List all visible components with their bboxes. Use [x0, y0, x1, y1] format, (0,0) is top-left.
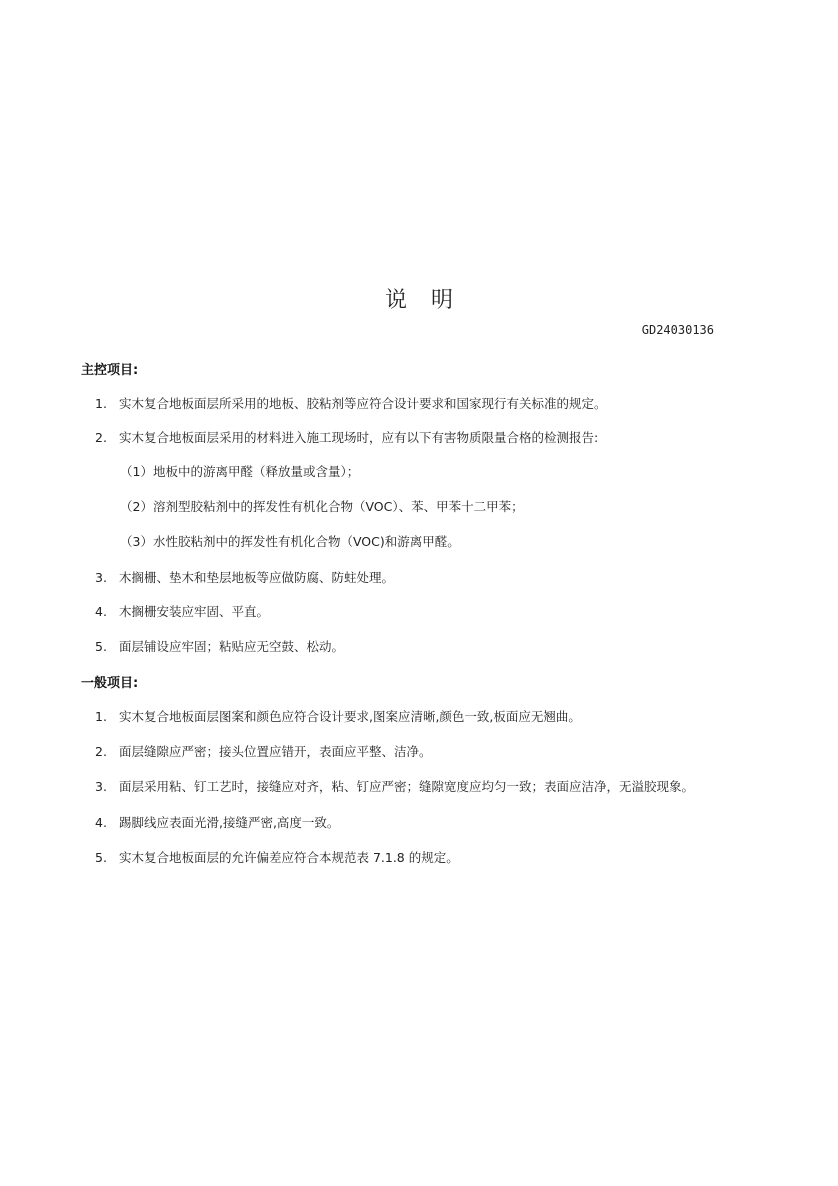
sub-list-item: （1）地板中的游离甲醛（释放量或含量）； — [120, 462, 359, 480]
document-page: 说明 GD24030136 主控项目: 1. 实木复合地板面层所采用的地板、胶粘… — [0, 0, 838, 1186]
item-text: 实木复合地板面层采用的材料进入施工现场时，应有以下有害物质限量合格的检测报告: — [119, 430, 598, 445]
item-text: 踢脚线应表面光滑,接缝严密,高度一致。 — [119, 815, 339, 830]
item-text: 面层缝隙应严密；接头位置应错开，表面应平整、洁净。 — [119, 744, 432, 759]
document-number: GD24030136 — [642, 323, 714, 337]
item-number: 1. — [95, 709, 115, 724]
item-number: 4. — [95, 815, 115, 830]
list-item: 2. 实木复合地板面层采用的材料进入施工现场时，应有以下有害物质限量合格的检测报… — [95, 428, 598, 446]
item-number: 2. — [95, 430, 115, 445]
item-number: 3. — [95, 570, 115, 585]
list-item: 1. 实木复合地板面层图案和颜色应符合设计要求,图案应清晰,颜色一致,板面应无翘… — [95, 707, 581, 725]
item-text: 实木复合地板面层图案和颜色应符合设计要求,图案应清晰,颜色一致,板面应无翘曲。 — [119, 709, 581, 724]
list-item: 3. 面层采用粘、钉工艺时，接缝应对齐，粘、钉应严密；缝隙宽度应均匀一致；表面应… — [95, 777, 694, 795]
item-text: 木搁栅安装应牢固、平直。 — [119, 604, 269, 619]
page-title: 说明 — [0, 283, 838, 314]
list-item: 2. 面层缝隙应严密；接头位置应错开，表面应平整、洁净。 — [95, 742, 432, 760]
section-heading-main-control: 主控项目: — [81, 359, 138, 378]
list-item: 3. 木搁栅、垫木和垫层地板等应做防腐、防蛀处理。 — [95, 568, 394, 586]
item-number: 4. — [95, 604, 115, 619]
list-item: 4. 木搁栅安装应牢固、平直。 — [95, 602, 269, 620]
sub-list-item: （3）水性胶粘剂中的挥发性有机化合物（VOC)和游离甲醛。 — [120, 532, 460, 550]
item-number: 1. — [95, 396, 115, 411]
item-number: 2. — [95, 744, 115, 759]
item-text: 面层铺设应牢固；粘贴应无空鼓、松动。 — [119, 639, 344, 654]
item-text: 木搁栅、垫木和垫层地板等应做防腐、防蛀处理。 — [119, 570, 394, 585]
list-item: 5. 面层铺设应牢固；粘贴应无空鼓、松动。 — [95, 637, 344, 655]
item-text: 实木复合地板面层的允许偏差应符合本规范表 7.1.8 的规定。 — [119, 850, 459, 865]
sub-list-item: （2）溶剂型胶粘剂中的挥发性有机化合物（VOC）、苯、甲苯十二甲苯； — [120, 497, 524, 515]
item-text: 面层采用粘、钉工艺时，接缝应对齐，粘、钉应严密；缝隙宽度应均匀一致；表面应洁净，… — [119, 779, 694, 794]
item-number: 3. — [95, 779, 115, 794]
item-text: 实木复合地板面层所采用的地板、胶粘剂等应符合设计要求和国家现行有关标准的规定。 — [119, 396, 607, 411]
list-item: 1. 实木复合地板面层所采用的地板、胶粘剂等应符合设计要求和国家现行有关标准的规… — [95, 394, 607, 412]
list-item: 4. 踢脚线应表面光滑,接缝严密,高度一致。 — [95, 813, 339, 831]
item-number: 5. — [95, 850, 115, 865]
item-number: 5. — [95, 639, 115, 654]
section-heading-general: 一般项目: — [81, 672, 138, 691]
list-item: 5. 实木复合地板面层的允许偏差应符合本规范表 7.1.8 的规定。 — [95, 848, 459, 866]
